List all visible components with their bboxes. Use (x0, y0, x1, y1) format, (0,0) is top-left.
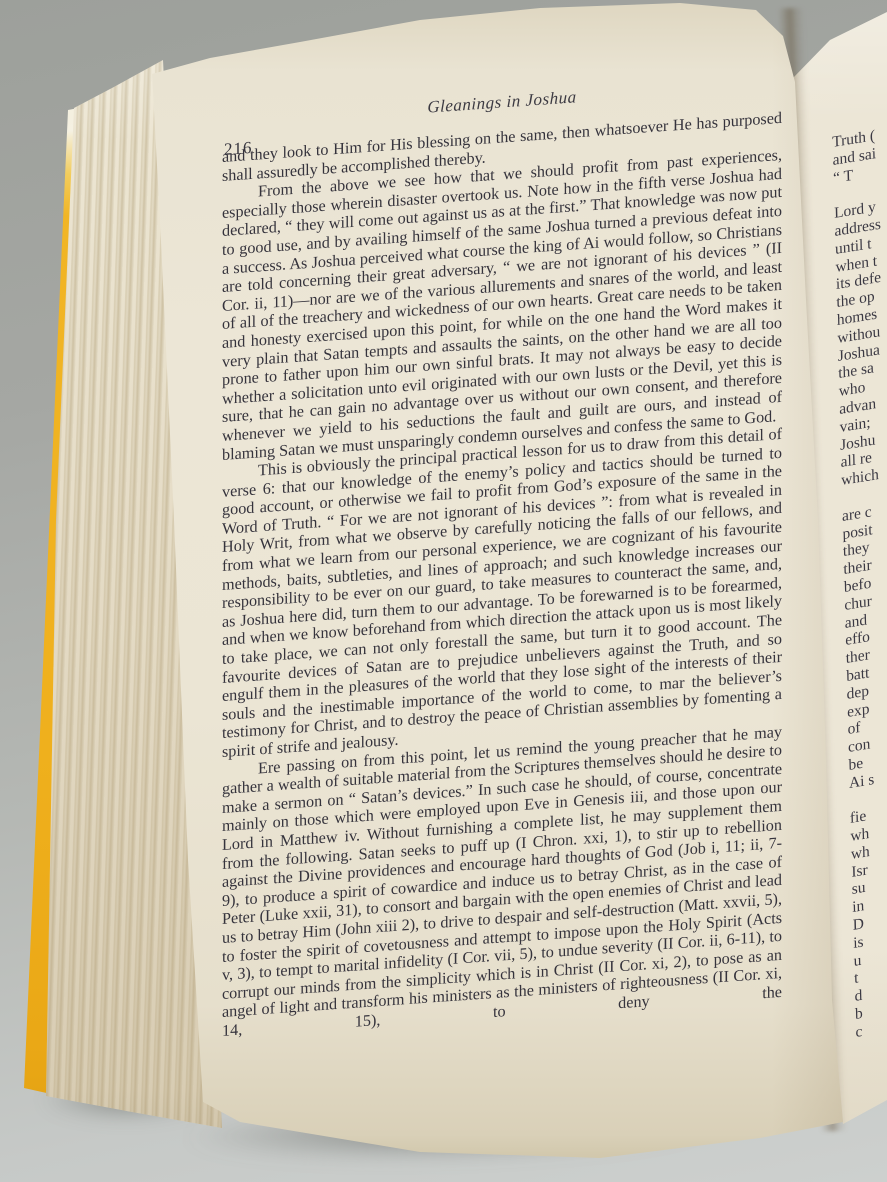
paragraph: From the above we see how that we should… (222, 146, 782, 464)
page-body-text: and they look to Him for His blessing on… (222, 109, 782, 1041)
right-page-text-fragments: Truth ( and sai “ T Lord y address until… (832, 120, 887, 1042)
paragraph: This is obviously the principal practica… (222, 425, 782, 762)
photo-scene: Truth ( and sai “ T Lord y address until… (0, 0, 887, 1182)
left-page-content: Gleanings in Joshua 216 and they look to… (222, 73, 782, 1041)
page-number: 216 (224, 138, 253, 160)
paragraph: Ere passing on from this point, let us r… (222, 722, 782, 1040)
